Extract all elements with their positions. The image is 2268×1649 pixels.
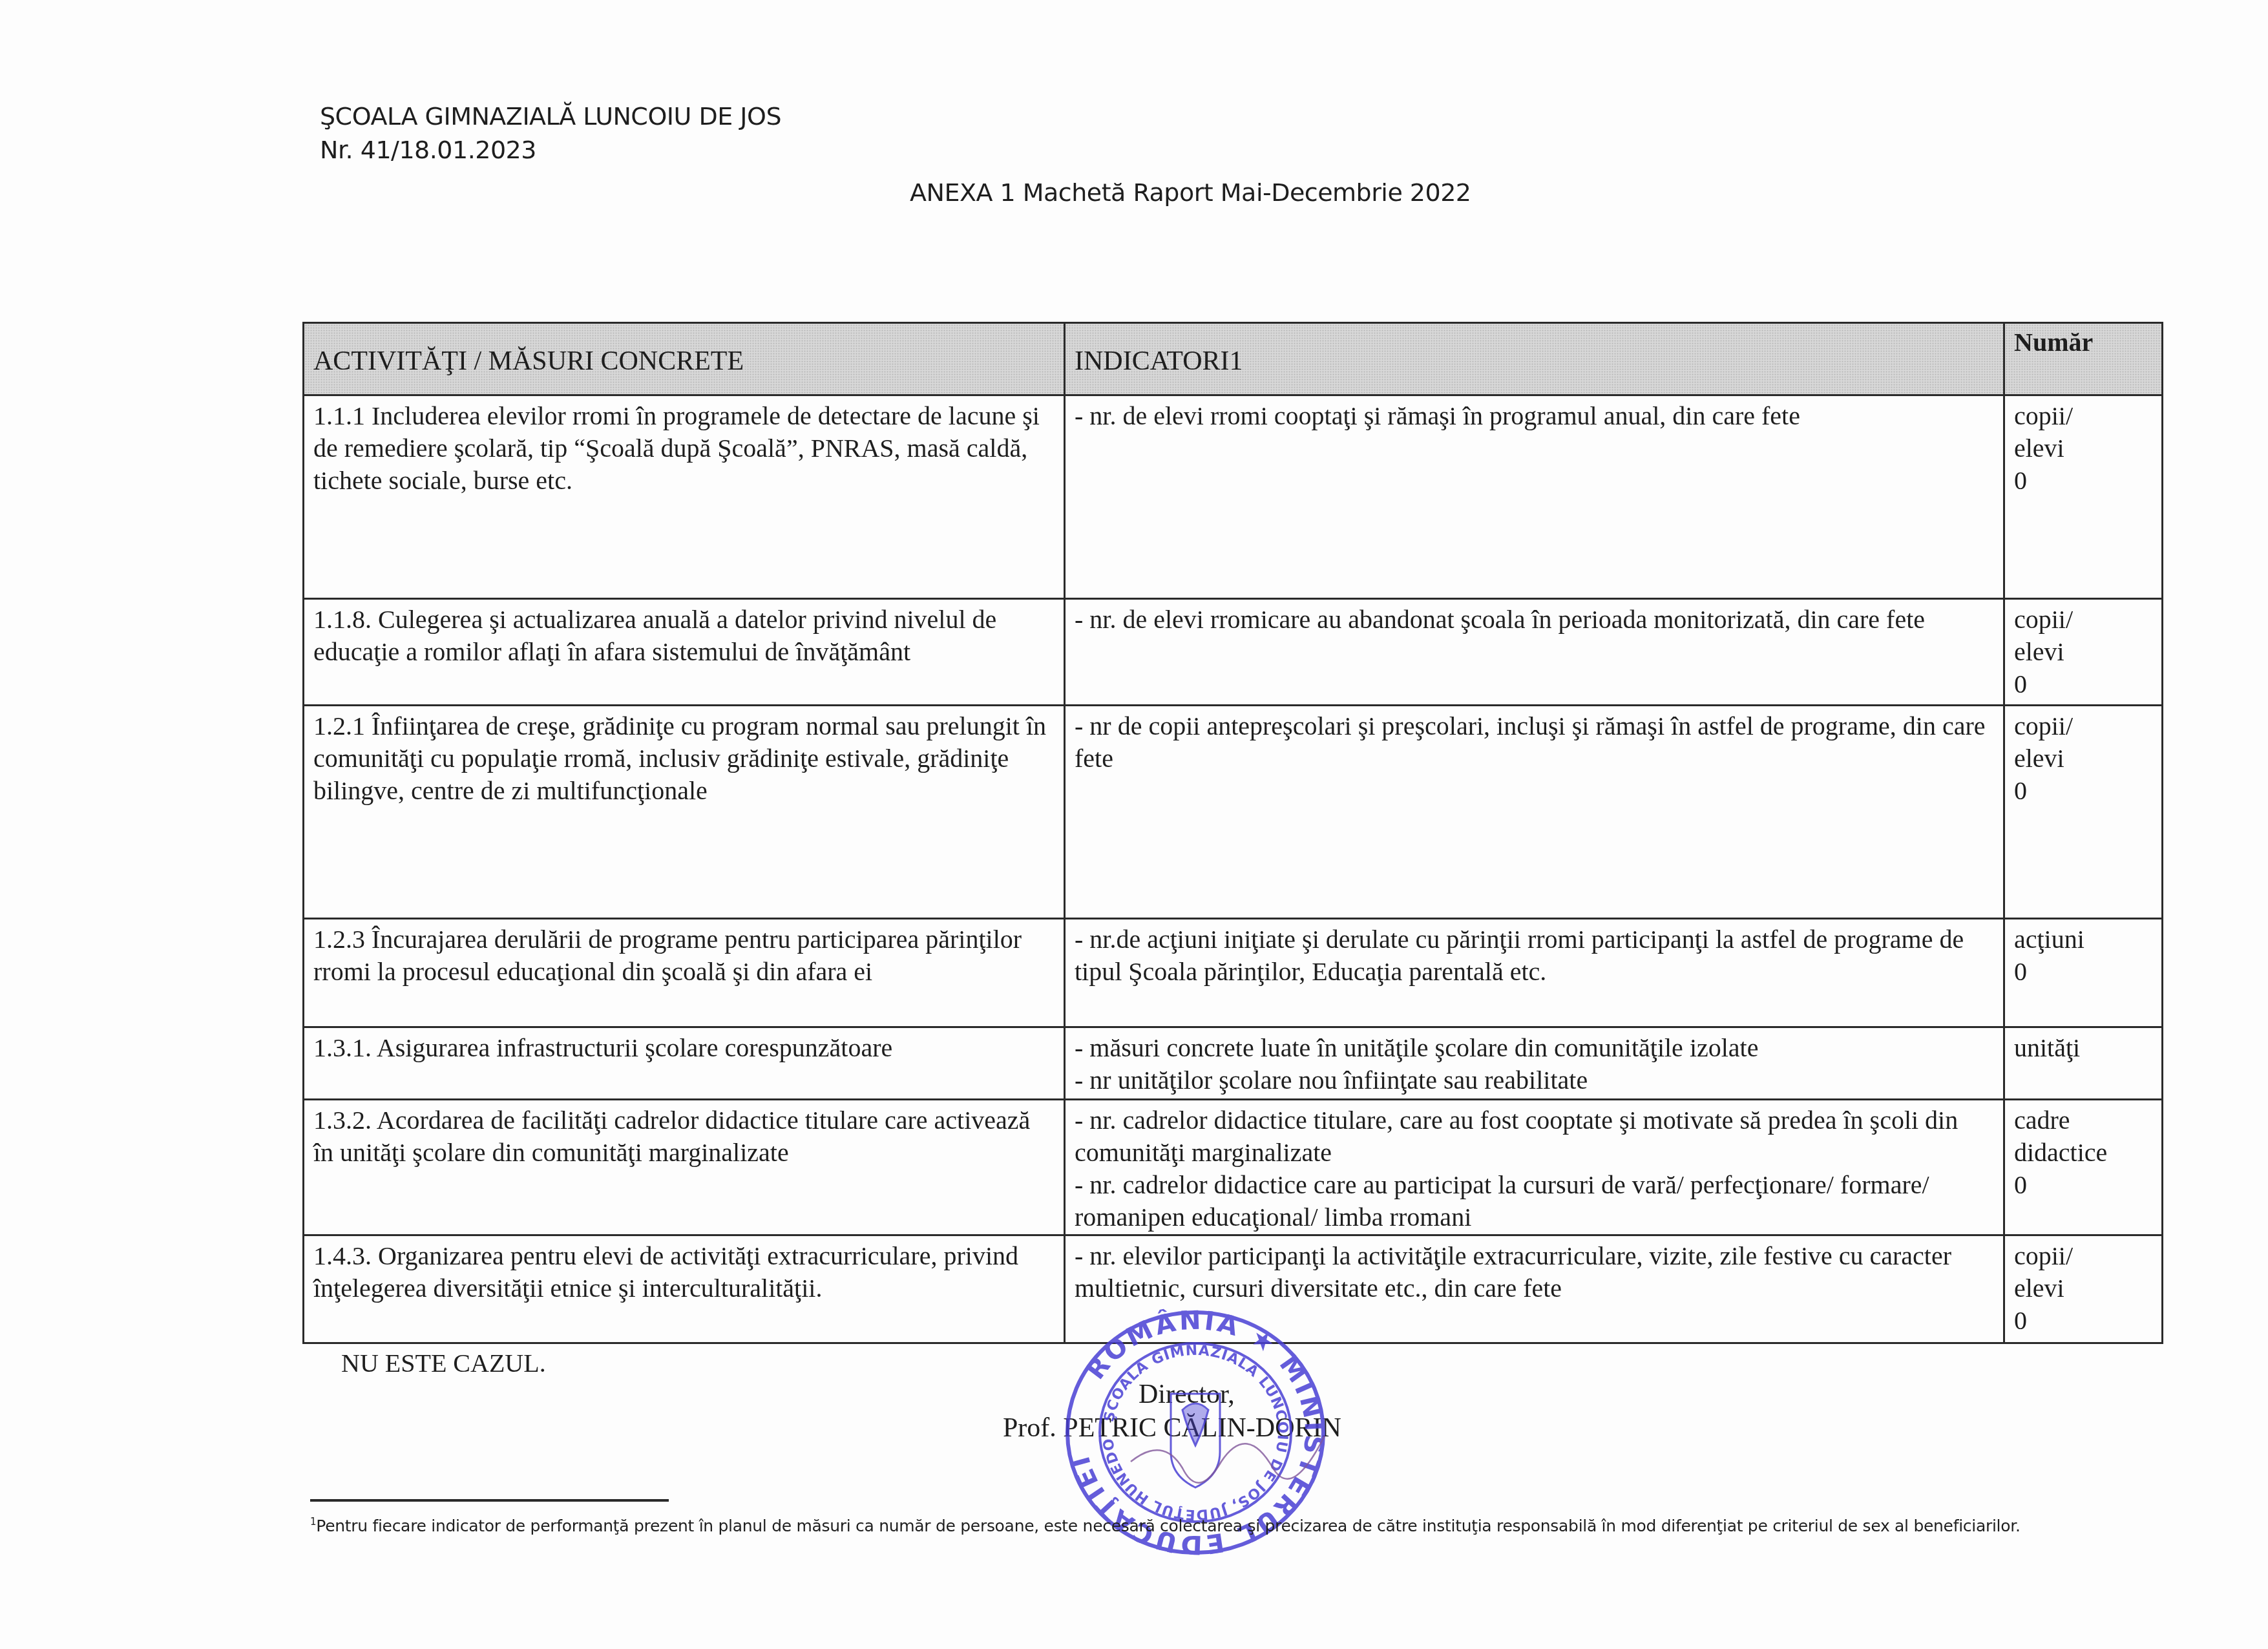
number-line: 0 (2014, 1169, 2152, 1201)
table-row: 1.3.2. Acordarea de facilităţi cadrelor … (304, 1100, 2163, 1235)
indicator-line: - nr. elevilor participanţi la activităţ… (1075, 1240, 1994, 1305)
number-line: copii/ (2014, 604, 2152, 636)
number-line: 0 (2014, 465, 2152, 497)
signature-role: Director, (1139, 1379, 1235, 1410)
footnote-marker: 1 (310, 1516, 316, 1528)
note-text: NU ESTE CAZUL. (341, 1348, 546, 1378)
column-header-number: Număr (2004, 323, 2163, 395)
table-row: 1.1.1 Includerea elevilor rromi în progr… (304, 395, 2163, 599)
table-row: 1.3.1. Asigurarea infrastructurii şcolar… (304, 1027, 2163, 1100)
number-cell: cadredidactice0 (2004, 1100, 2163, 1235)
number-line: copii/ (2014, 1240, 2152, 1272)
indicator-cell: - nr. de elevi rromi cooptaţi şi rămaşi … (1065, 395, 2004, 599)
number-line: unităţi (2014, 1032, 2152, 1064)
indicator-cell: - nr. elevilor participanţi la activităţ… (1065, 1235, 2004, 1343)
table-row: 1.2.3 Încurajarea derulării de programe … (304, 919, 2163, 1027)
indicator-cell: - nr.de acţiuni iniţiate şi derulate cu … (1065, 919, 2004, 1027)
activity-cell: 1.4.3. Organizarea pentru elevi de activ… (304, 1235, 1065, 1343)
school-name: ŞCOALA GIMNAZIALĂ LUNCOIU DE JOS (320, 102, 781, 131)
activity-cell: 1.1.8. Culegerea şi actualizarea anuală … (304, 599, 1065, 706)
number-line: 0 (2014, 775, 2152, 807)
number-line: acţiuni (2014, 923, 2152, 956)
footnote-separator (310, 1499, 669, 1502)
activity-cell: 1.2.3 Încurajarea derulării de programe … (304, 919, 1065, 1027)
indicator-line: - nr. de elevi rromicare au abandonat şc… (1075, 604, 1994, 636)
number-line: elevi (2014, 636, 2152, 668)
indicator-line: - nr unităţilor şcolare nou înfiinţate s… (1075, 1064, 1994, 1097)
number-line: didactice (2014, 1137, 2152, 1169)
footnote-text: Pentru fiecare indicator de performanţă … (316, 1517, 2020, 1535)
number-cell: copii/elevi0 (2004, 599, 2163, 706)
number-line: elevi (2014, 432, 2152, 465)
annex-title: ANEXA 1 Machetă Raport Mai-Decembrie 202… (910, 178, 1471, 207)
activity-cell: 1.1.1 Includerea elevilor rromi în progr… (304, 395, 1065, 599)
signature-name: Prof. PETRIC CĂLIN-DORIN (1003, 1413, 1341, 1444)
table-row: 1.4.3. Organizarea pentru elevi de activ… (304, 1235, 2163, 1343)
indicator-line: - nr.de acţiuni iniţiate şi derulate cu … (1075, 923, 1994, 988)
number-cell: unităţi (2004, 1027, 2163, 1100)
number-line: cadre (2014, 1104, 2152, 1137)
number-cell: acţiuni0 (2004, 919, 2163, 1027)
table-header-row: ACTIVITĂŢI / MĂSURI CONCRETE INDICATORI1… (304, 323, 2163, 395)
document-number: Nr. 41/18.01.2023 (320, 136, 536, 164)
number-line: 0 (2014, 668, 2152, 700)
number-line: elevi (2014, 1272, 2152, 1305)
number-line: 0 (2014, 956, 2152, 988)
indicator-cell: - nr de copii antepreşcolari şi preşcola… (1065, 706, 2004, 919)
number-cell: copii/elevi0 (2004, 395, 2163, 599)
indicator-line: - nr. de elevi rromi cooptaţi şi rămaşi … (1075, 400, 1994, 432)
column-header-activities: ACTIVITĂŢI / MĂSURI CONCRETE (304, 323, 1065, 395)
number-cell: copii/elevi0 (2004, 706, 2163, 919)
number-line: 0 (2014, 1305, 2152, 1337)
number-line: copii/ (2014, 710, 2152, 742)
number-line: copii/ (2014, 400, 2152, 432)
indicator-line: - nr. cadrelor didactice care au partici… (1075, 1169, 1994, 1234)
activity-cell: 1.3.1. Asigurarea infrastructurii şcolar… (304, 1027, 1065, 1100)
number-line: elevi (2014, 742, 2152, 775)
number-cell: copii/elevi0 (2004, 1235, 2163, 1343)
indicator-line: - nr de copii antepreşcolari şi preşcola… (1075, 710, 1994, 775)
activity-cell: 1.2.1 Înfiinţarea de creşe, grădiniţe cu… (304, 706, 1065, 919)
indicator-line: - măsuri concrete luate în unităţile şco… (1075, 1032, 1994, 1064)
report-table: ACTIVITĂŢI / MĂSURI CONCRETE INDICATORI1… (302, 322, 2163, 1344)
column-header-indicators: INDICATORI1 (1065, 323, 2004, 395)
footnote: 1Pentru fiecare indicator de performanţă… (310, 1516, 2021, 1535)
table-row: 1.1.8. Culegerea şi actualizarea anuală … (304, 599, 2163, 706)
indicator-cell: - nr. cadrelor didactice titulare, care … (1065, 1100, 2004, 1235)
indicator-cell: - nr. de elevi rromicare au abandonat şc… (1065, 599, 2004, 706)
activity-cell: 1.3.2. Acordarea de facilităţi cadrelor … (304, 1100, 1065, 1235)
table-row: 1.2.1 Înfiinţarea de creşe, grădiniţe cu… (304, 706, 2163, 919)
indicator-line: - nr. cadrelor didactice titulare, care … (1075, 1104, 1994, 1169)
indicator-cell: - măsuri concrete luate în unităţile şco… (1065, 1027, 2004, 1100)
